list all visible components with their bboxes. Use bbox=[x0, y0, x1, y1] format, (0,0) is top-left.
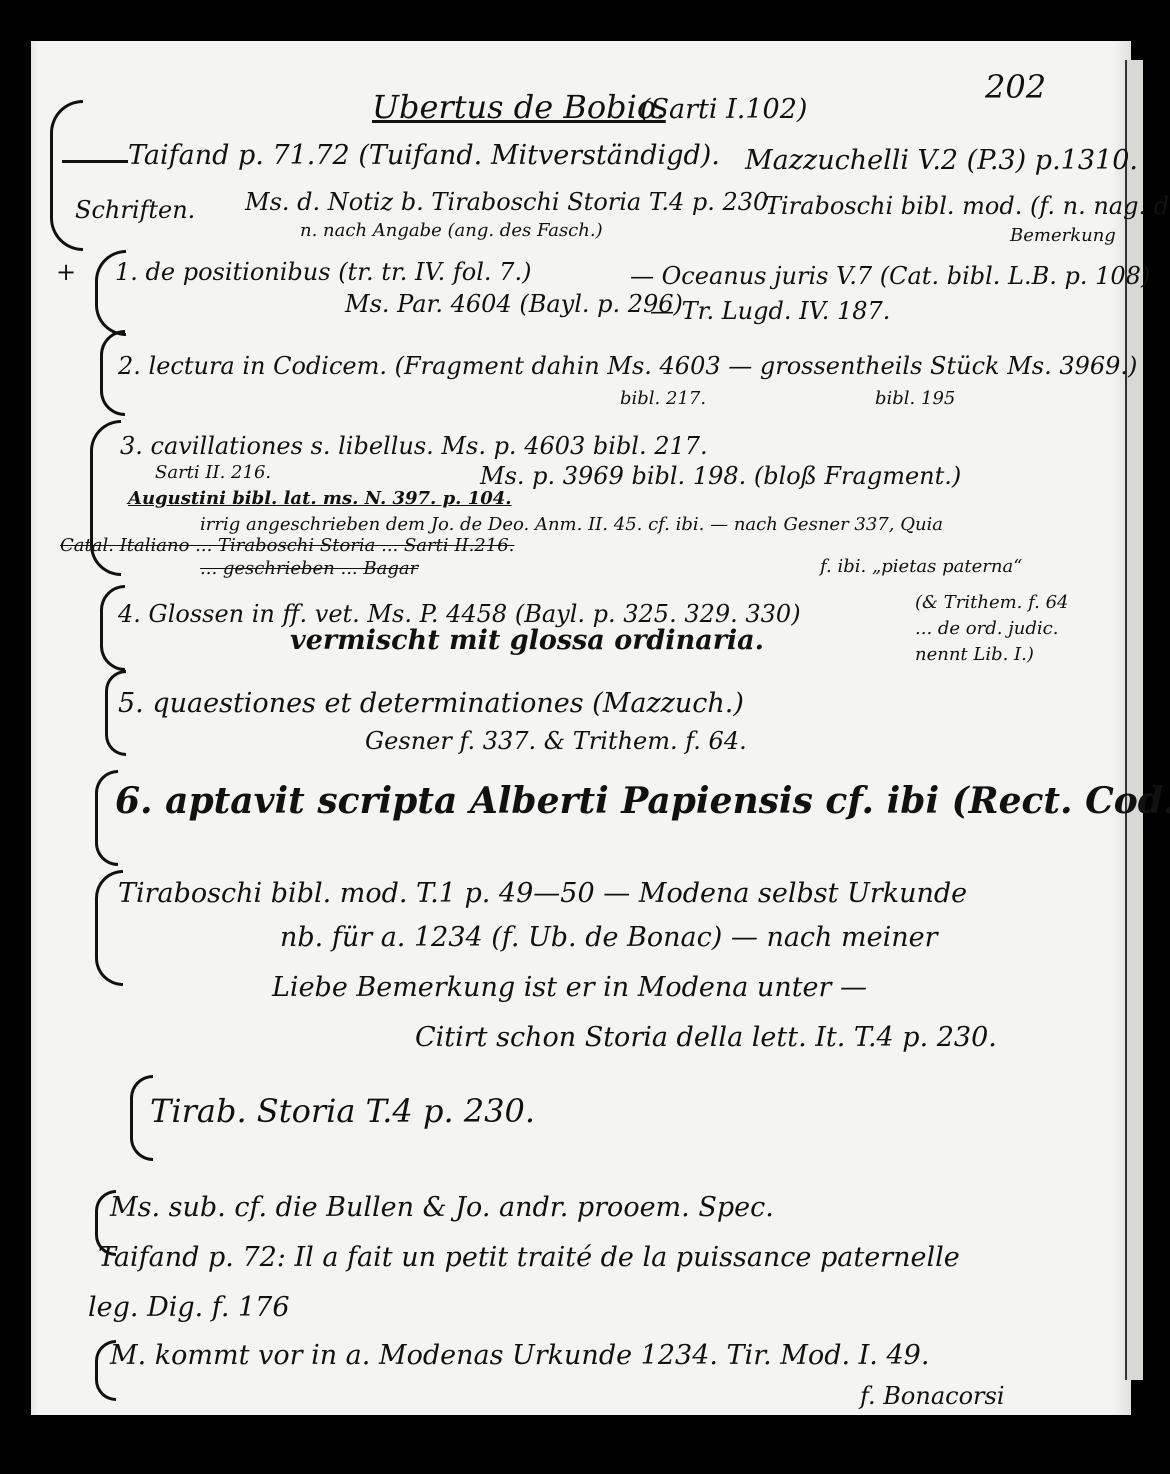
page-number: 202 bbox=[985, 68, 1046, 106]
line-notiz: Ms. d. Notiz b. Tiraboschi Storia T.4 p.… bbox=[245, 188, 776, 216]
tiraboschi-line-2: nb. für a. 1234 (f. Ub. de Bonac) — nach… bbox=[280, 922, 938, 953]
end-line-3: leg. Dig. f. 176 bbox=[88, 1292, 290, 1323]
item-5-sub: Gesner f. 337. & Trithem. f. 64. bbox=[365, 727, 747, 755]
title-reference: (Sarti I.102) bbox=[640, 94, 807, 125]
item-2: 2. lectura in Codicem. (Fragment dahin M… bbox=[118, 352, 1137, 380]
end-line-5: f. Bonacorsi bbox=[860, 1382, 1005, 1410]
line-tiraboschi-bibl: Tiraboschi bibl. mod. (f. n. nag. d. bbox=[765, 192, 1170, 220]
item-3-struck: ... geschrieben ... Bagar bbox=[200, 558, 418, 579]
end-line-2: Taifand p. 72: Il a fait un petit traité… bbox=[98, 1242, 960, 1273]
item-3: 3. cavillationes s. libellus. Ms. p. 460… bbox=[120, 432, 708, 460]
dash bbox=[62, 160, 128, 163]
line-taifand: Taifand p. 71.72 (Tuifand. Mitverständig… bbox=[128, 140, 720, 171]
line-notiz-sub: n. nach Angabe (ang. des Fasch.) bbox=[300, 220, 603, 241]
margin-schriften: Schriften. bbox=[75, 196, 195, 224]
item-3-note: irrig angeschrieben dem Jo. de Deo. Anm.… bbox=[200, 514, 943, 535]
item-6: 6. aptavit scripta Alberti Papiensis cf.… bbox=[115, 780, 1170, 822]
margin-note-trithem: (& Trithem. f. 64 ... de ord. judic. nen… bbox=[915, 590, 1090, 668]
item-2-sub1: bibl. 217. bbox=[620, 388, 706, 409]
page-title: Ubertus de Bobio. bbox=[372, 88, 666, 126]
item-5: 5. quaestiones et determinationes (Mazzu… bbox=[118, 688, 744, 719]
page-edge bbox=[1125, 60, 1143, 1380]
item-3-ms: Ms. p. 3969 bibl. 198. (bloß Fragment.) bbox=[480, 462, 961, 490]
item-3-sarti: Sarti II. 216. bbox=[155, 462, 271, 483]
brace-5 bbox=[100, 585, 125, 671]
line-bemerkung: Bemerkung bbox=[1010, 225, 1116, 246]
tiraboschi-line-3: Liebe Bemerkung ist er in Modena unter — bbox=[272, 972, 867, 1003]
item-1: 1. de positionibus (tr. tr. IV. fol. 7.) bbox=[115, 258, 531, 286]
tiraboschi-line-4: Citirt schon Storia della lett. It. T.4 … bbox=[415, 1022, 997, 1053]
end-line-4: M. kommt vor in a. Modenas Urkunde 1234.… bbox=[110, 1340, 929, 1371]
end-line-1: Ms. sub. cf. die Bullen & Jo. andr. proo… bbox=[110, 1192, 774, 1223]
item-3-catal: Catal. Italiano ... Tiraboschi Storia ..… bbox=[60, 535, 514, 556]
item-1-sub: Ms. Par. 4604 (Bayl. p. 296) bbox=[345, 290, 683, 318]
item-4-bold: vermischt mit glossa ordinaria. bbox=[290, 625, 764, 656]
item-2-sub2: bibl. 195 bbox=[875, 388, 955, 409]
item-1-ref: — Oceanus juris V.7 (Cat. bibl. L.B. p. … bbox=[630, 262, 1150, 290]
item-3-ibi: f. ibi. „pietas paterna“ bbox=[820, 556, 1022, 577]
item-4: 4. Glossen in ff. vet. Ms. P. 4458 (Bayl… bbox=[118, 600, 801, 628]
item-1-sub2: — Tr. Lugd. IV. 187. bbox=[650, 297, 890, 325]
tirab-storia: Tirab. Storia T.4 p. 230. bbox=[150, 1092, 535, 1130]
plus-mark: + bbox=[56, 258, 76, 286]
tiraboschi-line-1: Tiraboschi bibl. mod. T.1 p. 49—50 — Mod… bbox=[118, 878, 967, 909]
line-mazzuchelli: Mazzuchelli V.2 (P.3) p.1310. bbox=[745, 145, 1138, 176]
item-3-augustini: Augustini bibl. lat. ms. N. 397. p. 104. bbox=[128, 488, 512, 509]
brace-1 bbox=[50, 100, 83, 251]
